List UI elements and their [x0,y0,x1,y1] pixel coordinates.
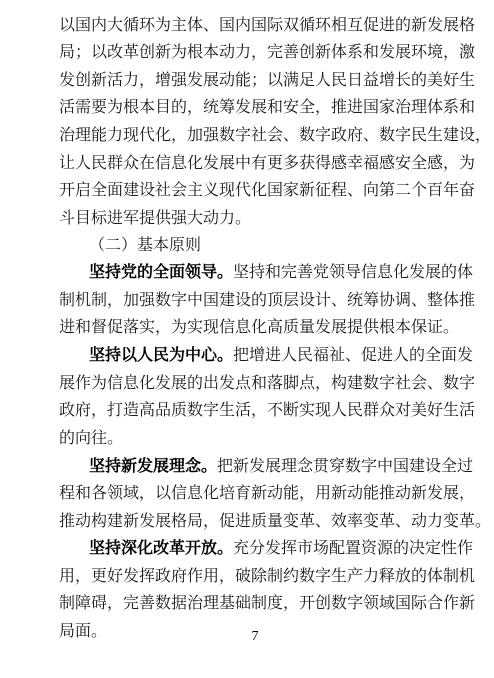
text-line: 用，更好发挥政府作用，破除制约数字生产力释放的体制机 [59,564,427,588]
text-line: 局；以改革创新为根本动力，完善创新体系和发展环境，激 [59,40,427,64]
principle-first-line: 坚持以人民为中心。把增进人民福祉、促进人的全面发 [89,343,427,367]
page-number: 7 [240,627,270,647]
text-line: 政府，打造高品质数字生活，不断实现人民群众对美好生活 [59,398,427,422]
principle-first-line: 坚持党的全面领导。坚持和完善党领导信息化发展的体 [89,260,427,284]
text-line: 发创新活力，增强发展动能；以满足人民日益增长的美好生 [59,68,427,92]
principle-text: 把增进人民福祉、促进人的全面发 [233,345,473,364]
text-line: 开启全面建设社会主义现代化国家新征程、向第二个百年奋 [59,178,427,202]
principle-text: 充分发挥市场配置资源的决定性作 [233,538,473,557]
text-line: 治理能力现代化，加强数字社会、数字政府、数字民生建设， [59,123,427,147]
text-line: 制障碍，完善数据治理基础制度，开创数字领域国际合作新 [59,591,427,615]
text-line: 活需要为根本目的，统筹发展和安全，推进国家治理体系和 [59,95,427,119]
principle-text: 坚持和完善党领导信息化发展的体 [233,262,473,281]
document-page: 以国内大循环为主体、国内国际双循环相互促进的新发展格 局；以改革创新为根本动力，… [0,0,494,678]
principle-title: 坚持新发展理念。 [89,456,217,475]
text-line: 推动构建新发展格局，促进质量变革、效率变革、动力变革。 [59,509,427,533]
text-line: 制机制，加强数字中国建设的顶层设计、统筹协调、整体推 [59,288,427,312]
text-line: 程和各领域，以信息化培育新动能，用新动能推动新发展， [59,481,427,505]
text-line: 进和督促落实，为实现信息化高质量发展提供根本保证。 [59,315,427,339]
text-line: 让人民群众在信息化发展中有更多获得感幸福感安全感，为 [59,151,427,175]
text-line: 以国内大循环为主体、国内国际双循环相互促进的新发展格 [59,13,427,37]
text-line: 的向往。 [59,426,427,450]
text-line: 斗目标进军提供强大动力。 [59,206,427,230]
principle-first-line: 坚持深化改革开放。充分发挥市场配置资源的决定性作 [89,536,427,560]
section-heading: （二）基本原则 [89,233,289,257]
principle-first-line: 坚持新发展理念。把新发展理念贯穿数字中国建设全过 [89,454,427,478]
principle-title: 坚持以人民为中心。 [89,345,233,364]
principle-title: 坚持党的全面领导。 [89,262,233,281]
principle-text: 把新发展理念贯穿数字中国建设全过 [217,456,473,475]
principle-title: 坚持深化改革开放。 [89,538,233,557]
text-line: 展作为信息化发展的出发点和落脚点，构建数字社会、数字 [59,371,427,395]
